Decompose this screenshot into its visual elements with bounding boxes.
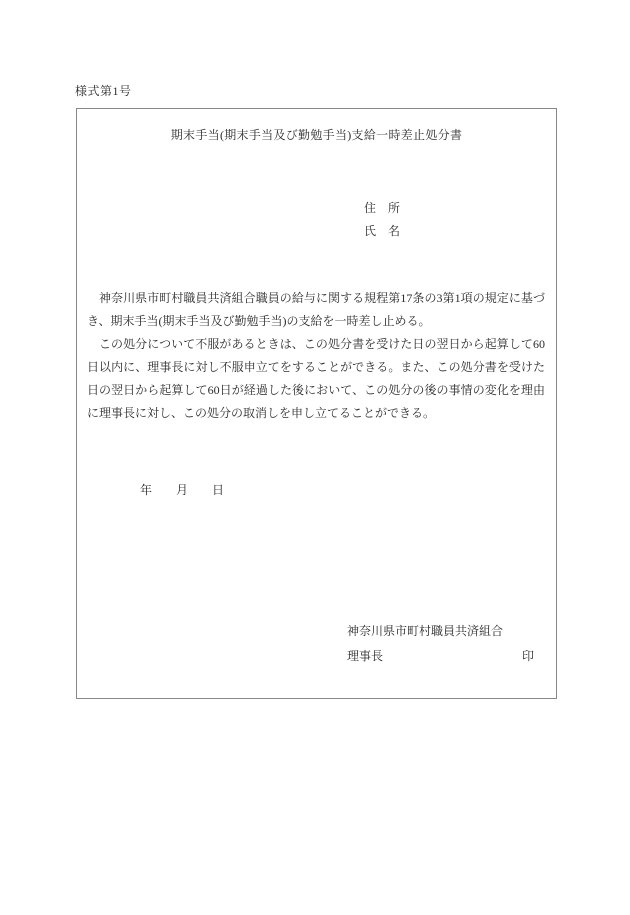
signature-organization: 神奈川県市町村職員共済組合	[347, 619, 534, 644]
seal-mark: 印	[522, 644, 534, 669]
name-label: 氏 名	[364, 220, 400, 243]
document-page: 様式第1号 期末手当(期末手当及び勤勉手当)支給一時差止処分書 住 所 氏 名 …	[0, 0, 630, 915]
document-title: 期末手当(期末手当及び勤勉手当)支給一時差止処分書	[77, 126, 556, 144]
date-line: 年 月 日	[140, 479, 224, 502]
body-text: 神奈川県市町村職員共済組合職員の給与に関する規程第17条の3第1項の規定に基づき…	[87, 287, 545, 425]
signature-title-row: 理事長 印	[347, 644, 534, 669]
signature-block: 神奈川県市町村職員共済組合 理事長 印	[347, 619, 534, 669]
recipient-block: 住 所 氏 名	[364, 197, 400, 243]
paragraph-disposition: 神奈川県市町村職員共済組合職員の給与に関する規程第17条の3第1項の規定に基づき…	[87, 287, 545, 333]
document-border-box: 期末手当(期末手当及び勤勉手当)支給一時差止処分書 住 所 氏 名 神奈川県市町…	[76, 108, 557, 699]
form-number-label: 様式第1号	[75, 83, 132, 99]
signature-title: 理事長	[347, 644, 383, 669]
address-label: 住 所	[364, 197, 400, 220]
paragraph-appeal-rights: この処分について不服があるときは、この処分書を受けた日の翌日から起算して60日以…	[87, 333, 545, 425]
